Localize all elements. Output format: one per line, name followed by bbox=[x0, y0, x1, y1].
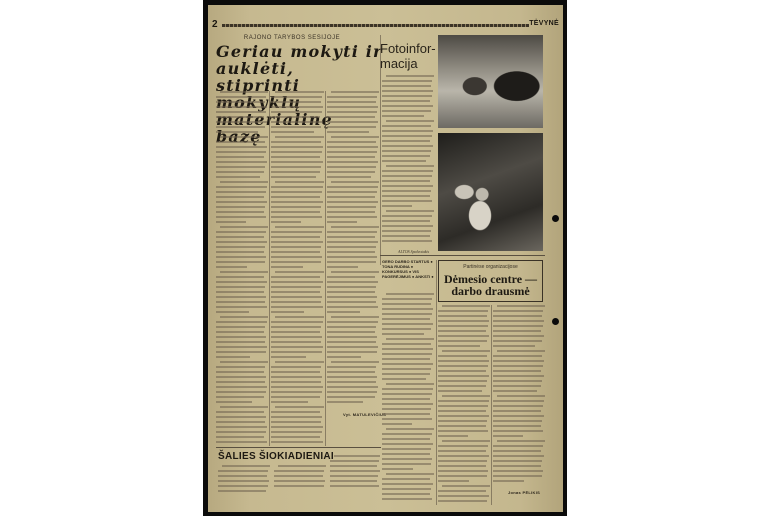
text-line bbox=[327, 206, 376, 208]
text-line bbox=[382, 225, 433, 227]
text-line bbox=[382, 348, 433, 350]
text-line bbox=[216, 166, 265, 168]
text-line bbox=[216, 221, 246, 223]
text-line bbox=[327, 291, 375, 293]
masthead: TĖVYNĖ bbox=[529, 20, 559, 27]
text-line bbox=[493, 325, 543, 327]
text-line bbox=[386, 383, 434, 385]
text-line bbox=[220, 361, 268, 363]
text-line bbox=[327, 351, 377, 353]
text-line bbox=[216, 396, 264, 398]
text-line bbox=[216, 366, 265, 368]
text-line bbox=[327, 336, 377, 338]
text-line bbox=[271, 206, 321, 208]
text-line bbox=[438, 315, 487, 317]
text-line bbox=[216, 311, 249, 313]
text-line bbox=[382, 145, 433, 147]
photo-people-with-papers bbox=[438, 133, 543, 251]
text-line bbox=[327, 186, 378, 188]
text-line bbox=[382, 90, 433, 92]
text-line bbox=[271, 156, 320, 158]
text-line bbox=[493, 405, 543, 407]
main-article-column-3 bbox=[327, 91, 379, 409]
text-line bbox=[327, 281, 378, 283]
text-line bbox=[271, 281, 323, 283]
text-line bbox=[493, 445, 543, 447]
text-line bbox=[327, 301, 376, 303]
text-line bbox=[442, 440, 490, 442]
text-line bbox=[216, 371, 264, 373]
text-line bbox=[327, 161, 378, 163]
text-line bbox=[382, 378, 426, 380]
text-line bbox=[438, 495, 489, 497]
text-line bbox=[493, 425, 541, 427]
text-line bbox=[382, 353, 432, 355]
text-line bbox=[216, 341, 265, 343]
text-line bbox=[216, 161, 267, 163]
text-line bbox=[218, 480, 269, 482]
text-line bbox=[330, 460, 379, 462]
text-line bbox=[382, 80, 432, 82]
text-line bbox=[382, 205, 412, 207]
text-line bbox=[216, 261, 265, 263]
boxed-article-column-2 bbox=[493, 305, 545, 485]
text-line bbox=[438, 385, 486, 387]
text-line bbox=[382, 170, 433, 172]
text-line bbox=[382, 308, 433, 310]
text-line bbox=[386, 120, 434, 122]
text-line bbox=[271, 216, 322, 218]
text-line bbox=[271, 391, 322, 393]
text-line bbox=[327, 141, 376, 143]
text-line bbox=[493, 385, 541, 387]
text-line bbox=[271, 246, 321, 248]
text-line bbox=[382, 200, 432, 202]
text-line bbox=[274, 470, 324, 472]
text-line bbox=[438, 330, 486, 332]
text-line bbox=[271, 161, 323, 163]
text-line bbox=[382, 438, 430, 440]
text-line bbox=[327, 276, 375, 278]
text-line bbox=[274, 480, 325, 482]
text-line bbox=[216, 201, 267, 203]
text-line bbox=[275, 361, 324, 363]
text-line bbox=[493, 310, 543, 312]
text-line bbox=[438, 325, 488, 327]
boxed-article-kicker: Partinėse organizacijose bbox=[439, 264, 542, 270]
text-line bbox=[331, 181, 379, 183]
text-line bbox=[327, 311, 360, 313]
column-divider bbox=[269, 91, 270, 446]
text-line bbox=[493, 460, 542, 462]
text-line bbox=[382, 105, 433, 107]
text-line bbox=[382, 185, 433, 187]
text-line bbox=[216, 296, 266, 298]
text-line bbox=[271, 311, 304, 313]
text-line bbox=[275, 226, 324, 228]
text-line bbox=[330, 465, 377, 467]
text-line bbox=[216, 236, 264, 238]
text-line bbox=[278, 465, 326, 467]
text-line bbox=[327, 326, 376, 328]
text-line bbox=[327, 96, 377, 98]
text-line bbox=[327, 201, 378, 203]
bottom-article-column-3 bbox=[330, 455, 380, 493]
text-line bbox=[493, 400, 544, 402]
text-line bbox=[327, 236, 375, 238]
text-line bbox=[271, 186, 323, 188]
text-line bbox=[382, 433, 432, 435]
text-line bbox=[216, 281, 267, 283]
text-line bbox=[382, 115, 424, 117]
column-divider bbox=[436, 260, 437, 505]
text-line bbox=[493, 455, 544, 457]
text-line bbox=[438, 420, 487, 422]
text-line bbox=[442, 485, 490, 487]
text-line bbox=[442, 305, 490, 307]
text-line bbox=[327, 286, 376, 288]
text-line bbox=[330, 470, 380, 472]
text-line bbox=[382, 135, 432, 137]
text-line bbox=[327, 296, 377, 298]
text-line bbox=[382, 488, 431, 490]
text-line bbox=[438, 345, 480, 347]
text-line bbox=[386, 75, 434, 77]
text-line bbox=[382, 418, 432, 420]
text-line bbox=[327, 106, 378, 108]
text-line bbox=[271, 306, 323, 308]
boxed-article-title-line-2: darbo drausmė bbox=[439, 285, 542, 297]
text-line bbox=[438, 335, 489, 337]
text-line bbox=[327, 126, 376, 128]
text-line bbox=[271, 421, 321, 423]
text-line bbox=[438, 425, 486, 427]
text-line bbox=[271, 121, 323, 123]
text-line bbox=[382, 483, 433, 485]
text-line bbox=[271, 341, 321, 343]
text-line bbox=[382, 298, 432, 300]
text-line bbox=[271, 441, 323, 443]
text-line bbox=[216, 421, 265, 423]
main-article-byline: Vyt. MATULEVIČIUS bbox=[343, 412, 386, 417]
text-line bbox=[382, 180, 430, 182]
bottom-article-column-2 bbox=[274, 465, 326, 491]
text-line bbox=[327, 221, 357, 223]
text-line bbox=[327, 101, 376, 103]
photo-workers bbox=[438, 35, 543, 128]
text-line bbox=[271, 231, 322, 233]
text-line bbox=[271, 251, 320, 253]
text-line bbox=[382, 240, 432, 242]
text-line bbox=[331, 91, 379, 93]
text-line bbox=[382, 125, 431, 127]
text-line bbox=[271, 116, 320, 118]
text-line bbox=[271, 166, 321, 168]
boxed-article-byline: Jonas PĖLIKIS bbox=[508, 490, 540, 495]
text-line bbox=[493, 420, 542, 422]
text-line bbox=[275, 181, 324, 183]
text-line bbox=[271, 111, 322, 113]
text-line bbox=[216, 436, 264, 438]
text-line bbox=[330, 475, 378, 477]
text-line bbox=[327, 386, 378, 388]
text-line bbox=[382, 478, 430, 480]
text-line bbox=[382, 463, 431, 465]
text-line bbox=[271, 221, 301, 223]
text-line bbox=[218, 485, 268, 487]
text-line bbox=[271, 106, 323, 108]
text-line bbox=[220, 136, 268, 138]
text-line bbox=[382, 155, 430, 157]
text-line bbox=[438, 475, 487, 477]
bottom-article-column-1 bbox=[218, 465, 270, 499]
text-line bbox=[327, 261, 376, 263]
section-divider bbox=[216, 447, 381, 448]
text-line bbox=[438, 490, 486, 492]
text-line bbox=[216, 426, 267, 428]
text-line bbox=[438, 310, 488, 312]
text-line bbox=[386, 428, 434, 430]
text-line bbox=[382, 190, 431, 192]
bullet-story-text bbox=[382, 293, 434, 503]
bullet-story-heading: GERO DARBO STARTUS ● TONA RUDINA ● KONKU… bbox=[382, 259, 434, 289]
text-line bbox=[216, 321, 267, 323]
text-line bbox=[438, 460, 487, 462]
text-line bbox=[327, 121, 378, 123]
text-line bbox=[271, 151, 322, 153]
text-line bbox=[438, 500, 487, 502]
text-line bbox=[271, 426, 323, 428]
text-line bbox=[382, 363, 433, 365]
text-line bbox=[274, 485, 324, 487]
text-line bbox=[216, 171, 264, 173]
text-line bbox=[438, 355, 487, 357]
text-line bbox=[438, 465, 486, 467]
text-line bbox=[327, 151, 377, 153]
text-line bbox=[382, 498, 432, 500]
text-line bbox=[442, 395, 490, 397]
text-line bbox=[271, 351, 322, 353]
text-line bbox=[382, 443, 433, 445]
text-line bbox=[271, 286, 321, 288]
text-line bbox=[216, 196, 264, 198]
text-line bbox=[382, 343, 431, 345]
text-line bbox=[386, 338, 434, 340]
text-line bbox=[216, 251, 264, 253]
text-line bbox=[493, 315, 542, 317]
text-line bbox=[216, 101, 265, 103]
text-line bbox=[216, 291, 264, 293]
text-line bbox=[327, 376, 377, 378]
text-line bbox=[271, 436, 320, 438]
text-line bbox=[271, 176, 316, 178]
text-line bbox=[327, 131, 369, 133]
text-line bbox=[271, 201, 323, 203]
column-divider bbox=[325, 91, 326, 446]
text-line bbox=[218, 470, 268, 472]
text-line bbox=[493, 475, 542, 477]
text-line bbox=[438, 390, 482, 392]
text-line bbox=[442, 350, 490, 352]
text-line bbox=[216, 206, 265, 208]
text-line bbox=[497, 440, 545, 442]
text-line bbox=[274, 475, 323, 477]
text-line bbox=[271, 321, 323, 323]
text-line bbox=[382, 323, 433, 325]
text-line bbox=[497, 395, 545, 397]
main-article-column-1 bbox=[216, 91, 268, 446]
text-line bbox=[216, 191, 266, 193]
text-line bbox=[382, 318, 430, 320]
text-line bbox=[386, 165, 434, 167]
text-line bbox=[271, 236, 320, 238]
text-line bbox=[216, 216, 266, 218]
text-line bbox=[216, 256, 266, 258]
text-line bbox=[327, 146, 378, 148]
text-line bbox=[331, 316, 379, 318]
text-line bbox=[493, 355, 542, 357]
text-line bbox=[386, 210, 434, 212]
text-line bbox=[271, 256, 322, 258]
text-line bbox=[493, 410, 541, 412]
text-line bbox=[216, 391, 266, 393]
text-line bbox=[271, 191, 322, 193]
text-line bbox=[493, 380, 542, 382]
text-line bbox=[327, 216, 377, 218]
text-line bbox=[220, 181, 268, 183]
text-line bbox=[275, 91, 324, 93]
text-line bbox=[382, 220, 430, 222]
text-line bbox=[216, 326, 265, 328]
text-line bbox=[382, 398, 430, 400]
text-line bbox=[275, 316, 324, 318]
text-line bbox=[382, 100, 430, 102]
text-line bbox=[271, 261, 321, 263]
text-line bbox=[271, 266, 303, 268]
text-line bbox=[327, 231, 377, 233]
text-line bbox=[271, 371, 320, 373]
text-line bbox=[334, 455, 380, 457]
binding-hole bbox=[552, 215, 559, 222]
text-line bbox=[382, 388, 433, 390]
text-line bbox=[330, 485, 379, 487]
text-line bbox=[382, 493, 430, 495]
text-line bbox=[216, 176, 260, 178]
text-line bbox=[438, 410, 486, 412]
text-line bbox=[275, 406, 324, 408]
text-line bbox=[216, 231, 266, 233]
text-line bbox=[327, 156, 375, 158]
main-article-column-2 bbox=[271, 91, 324, 446]
text-line bbox=[327, 171, 375, 173]
binding-hole bbox=[552, 318, 559, 325]
text-line bbox=[327, 391, 377, 393]
text-line bbox=[220, 271, 268, 273]
foto-section-text bbox=[382, 75, 434, 247]
text-line bbox=[382, 195, 430, 197]
text-line bbox=[493, 335, 544, 337]
text-line bbox=[382, 175, 432, 177]
text-line bbox=[275, 136, 324, 138]
text-line bbox=[271, 146, 323, 148]
foto-section-heading: Fotoinfor- macija bbox=[380, 41, 436, 71]
text-line bbox=[438, 320, 489, 322]
text-line bbox=[216, 416, 266, 418]
text-line bbox=[216, 286, 265, 288]
text-line bbox=[216, 306, 267, 308]
text-line bbox=[271, 301, 321, 303]
text-line bbox=[220, 406, 268, 408]
text-line bbox=[382, 303, 431, 305]
text-line bbox=[216, 186, 267, 188]
text-line bbox=[382, 95, 432, 97]
text-line bbox=[438, 415, 489, 417]
text-line bbox=[438, 400, 489, 402]
text-line bbox=[382, 328, 431, 330]
text-line bbox=[271, 126, 321, 128]
text-line bbox=[271, 326, 321, 328]
text-line bbox=[271, 411, 320, 413]
text-line bbox=[493, 470, 543, 472]
text-line bbox=[327, 321, 378, 323]
text-line bbox=[216, 126, 265, 128]
text-line bbox=[271, 346, 323, 348]
text-line bbox=[327, 306, 378, 308]
text-line bbox=[382, 453, 430, 455]
text-line bbox=[493, 480, 524, 482]
text-line bbox=[382, 468, 413, 470]
text-line bbox=[216, 346, 267, 348]
text-line bbox=[331, 136, 379, 138]
text-line bbox=[216, 376, 266, 378]
text-line bbox=[271, 431, 322, 433]
text-line bbox=[271, 331, 320, 333]
text-line bbox=[327, 176, 371, 178]
text-line bbox=[275, 271, 324, 273]
text-line bbox=[271, 366, 321, 368]
text-line bbox=[438, 375, 489, 377]
text-line bbox=[493, 360, 544, 362]
text-line bbox=[220, 316, 268, 318]
photo-credit: ALTOS Spalvotakis bbox=[398, 249, 429, 254]
text-line bbox=[327, 191, 377, 193]
text-line bbox=[271, 381, 321, 383]
text-line bbox=[382, 333, 424, 335]
text-line bbox=[216, 266, 247, 268]
text-line bbox=[327, 331, 375, 333]
text-line bbox=[327, 346, 378, 348]
text-line bbox=[382, 458, 432, 460]
text-line bbox=[327, 401, 363, 403]
text-line bbox=[271, 291, 320, 293]
text-line bbox=[271, 296, 322, 298]
text-line bbox=[497, 350, 545, 352]
text-line bbox=[271, 416, 322, 418]
text-line bbox=[330, 480, 377, 482]
text-line bbox=[386, 293, 434, 295]
text-line bbox=[327, 356, 361, 358]
text-line bbox=[327, 246, 376, 248]
text-line bbox=[382, 408, 431, 410]
text-line bbox=[271, 376, 322, 378]
text-line bbox=[216, 386, 267, 388]
text-line bbox=[438, 455, 489, 457]
text-line bbox=[438, 380, 487, 382]
header-rule bbox=[222, 24, 529, 27]
text-line bbox=[216, 96, 266, 98]
text-line bbox=[216, 431, 266, 433]
text-line bbox=[327, 196, 375, 198]
